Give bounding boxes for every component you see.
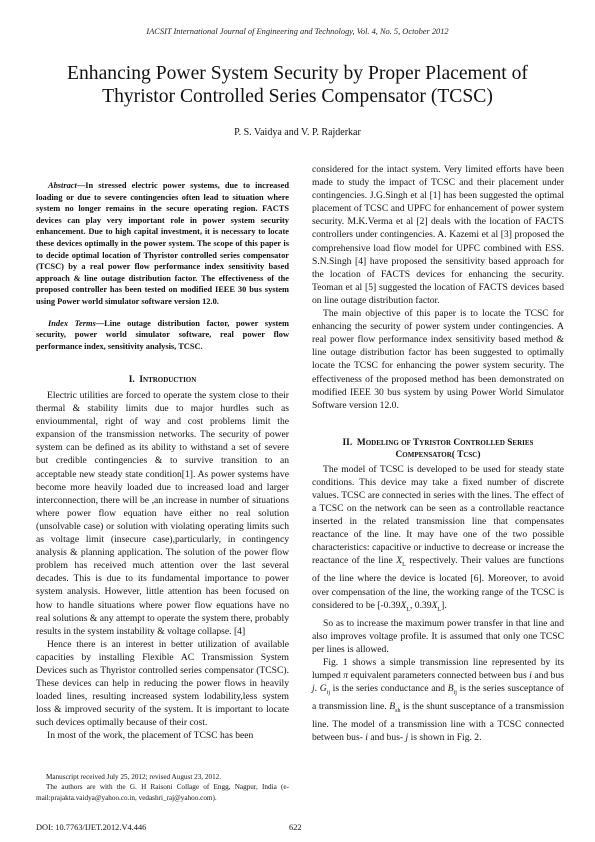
right-column: considered for the intact system. Very l… xyxy=(312,163,564,744)
intro-continuation: considered for the intact system. Very l… xyxy=(312,163,564,307)
intro-paragraph-1: Electric utilities are forced to operate… xyxy=(36,389,289,638)
section-introduction: I. Introduction Electric utilities are f… xyxy=(36,374,289,743)
doi: DOI: 10.7763/IJET.2012.V4.446 xyxy=(36,823,146,832)
intro-objective-paragraph: The main objective of this paper is to l… xyxy=(312,307,564,412)
section-heading-introduction: I. Introduction xyxy=(36,374,289,386)
abstract: Abstract—In stressed electric power syst… xyxy=(36,180,289,352)
abstract-paragraph: Abstract—In stressed electric power syst… xyxy=(36,180,289,308)
index-terms: Index Terms—Line outage distribution fac… xyxy=(36,318,289,353)
title-line-1: Enhancing Power System Security by Prope… xyxy=(0,62,595,85)
section-title-line-1: Modeling of Tyristor Controlled Series xyxy=(357,438,534,448)
title-line-2: Thyristor Controlled Series Compensator … xyxy=(0,85,595,108)
section-title: Introduction xyxy=(139,375,196,385)
running-head: IACSIT International Journal of Engineer… xyxy=(0,27,595,36)
intro-paragraph-3: In most of the work, the placement of TC… xyxy=(36,729,289,742)
authors: P. S. Vaidya and V. P. Rajderkar xyxy=(0,127,595,138)
modeling-paragraph-2: So as to increase the maximum power tran… xyxy=(312,617,564,656)
paper-title: Enhancing Power System Security by Prope… xyxy=(0,62,595,108)
intro-paragraph-2: Hence there is an interest in better uti… xyxy=(36,638,289,730)
modeling-paragraph-1: The model of TCSC is developed to be use… xyxy=(312,463,564,617)
section-title-line-2: Compensator( Tcsc) xyxy=(312,449,564,461)
modeling-paragraph-3: Fig. 1 shows a simple transmission line … xyxy=(312,656,564,744)
footnote: Manuscript received July 25, 2012; revis… xyxy=(36,772,289,803)
page-number: 622 xyxy=(289,823,302,832)
section-heading-modeling: II. Modeling of Tyristor Controlled Seri… xyxy=(312,437,564,461)
abstract-text: —In stressed electric power systems, due… xyxy=(36,181,289,306)
footnote-affiliation: The authors are with the G. H Raisoni Co… xyxy=(36,782,289,803)
abstract-label: Abstract xyxy=(48,181,77,190)
index-terms-label: Index Terms xyxy=(48,319,96,328)
footnote-received: Manuscript received July 25, 2012; revis… xyxy=(36,772,289,782)
